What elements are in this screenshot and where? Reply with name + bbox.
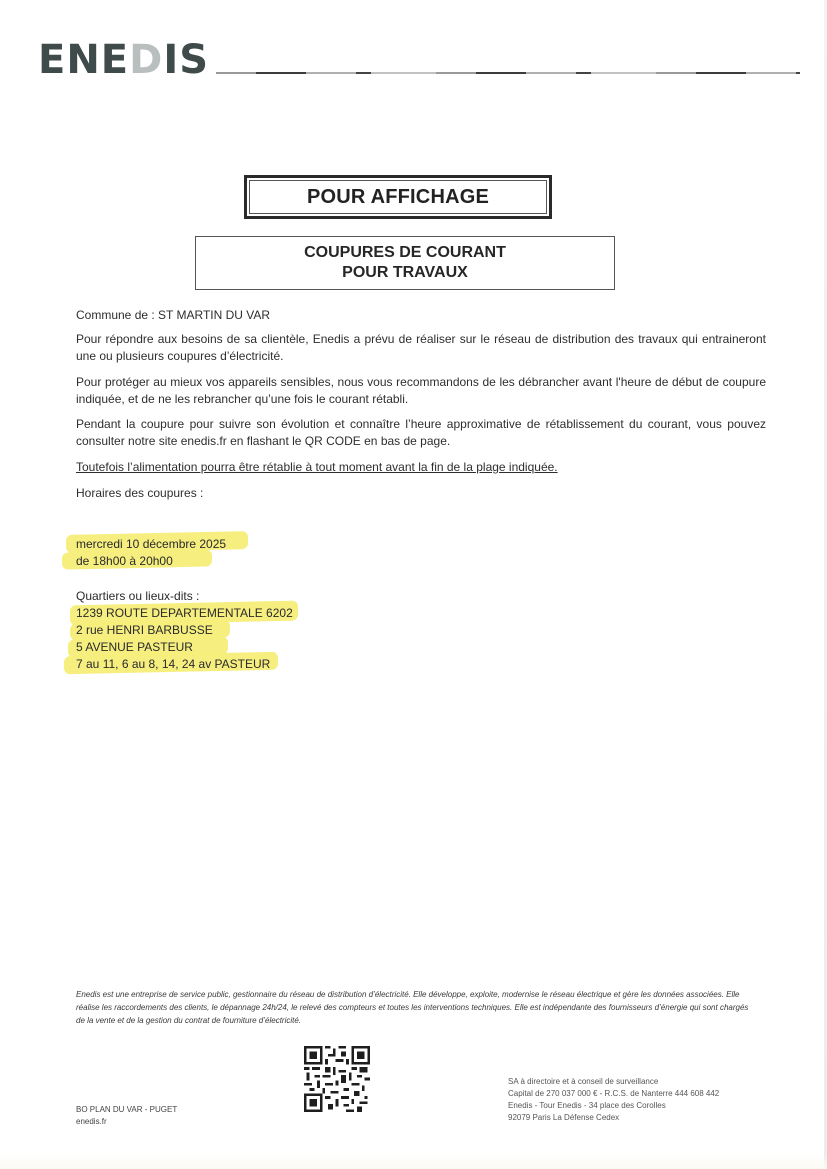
- company-city: 92079 Paris La Défense Cedex: [508, 1112, 719, 1124]
- notice-underlined: Toutefois l’alimentation pourra être rét…: [76, 460, 558, 474]
- schedule-time: de 18h00 à 20h00: [76, 553, 293, 570]
- title-box: POUR AFFICHAGE: [244, 175, 552, 219]
- footer-left: BO PLAN DU VAR - PUGET enedis.fr: [76, 1104, 177, 1128]
- footer-website: enedis.fr: [76, 1116, 177, 1128]
- scan-bottom-tint: [0, 1155, 827, 1169]
- schedule-date: mercredi 10 décembre 2025: [76, 536, 293, 553]
- footer-office: BO PLAN DU VAR - PUGET: [76, 1104, 177, 1116]
- logo-text-part2: IS: [163, 40, 209, 80]
- company-capital: Capital de 270 037 000 € - R.C.S. de Nan…: [508, 1088, 719, 1100]
- location-item: 7 au 11, 6 au 8, 14, 24 av PASTEUR: [76, 656, 293, 673]
- footer-note: Enedis est une entreprise de service pub…: [76, 988, 752, 1027]
- enedis-logo: ENEDIS: [38, 40, 209, 80]
- schedule-label: Horaires des coupures :: [76, 485, 766, 502]
- location-item: 5 AVENUE PASTEUR: [76, 639, 293, 656]
- qr-code-icon[interactable]: [304, 1046, 370, 1112]
- company-address: Enedis - Tour Enedis - 34 place des Coro…: [508, 1100, 719, 1112]
- logo-text-part1: ENE: [38, 40, 129, 80]
- notice-text: Toutefois l’alimentation pourra être rét…: [76, 459, 766, 476]
- paragraph-2: Pour protéger au mieux vos appareils sen…: [76, 374, 766, 408]
- location-item: 1239 ROUTE DEPARTEMENTALE 6202: [76, 605, 293, 622]
- locations-label: Quartiers ou lieux-dits :: [76, 588, 293, 605]
- header-divider: [216, 72, 800, 74]
- paragraph-1: Pour répondre aux besoins de sa clientèl…: [76, 331, 766, 365]
- subtitle-box: COUPURES DE COURANT POUR TRAVAUX: [195, 236, 615, 290]
- logo-accent-letter: D: [129, 40, 163, 80]
- subtitle-line1: COUPURES DE COURANT: [304, 243, 506, 263]
- location-item: 2 rue HENRI BARBUSSE: [76, 622, 293, 639]
- paragraph-3: Pendant la coupure pour suivre son évolu…: [76, 416, 766, 450]
- schedule-block: mercredi 10 décembre 2025 de 18h00 à 20h…: [76, 536, 293, 673]
- title-text: POUR AFFICHAGE: [307, 186, 489, 209]
- footer-company-info: SA à directoire et à conseil de surveill…: [508, 1076, 719, 1124]
- commune-line: Commune de : ST MARTIN DU VAR: [76, 307, 766, 324]
- subtitle-line2: POUR TRAVAUX: [342, 263, 468, 283]
- company-type: SA à directoire et à conseil de surveill…: [508, 1076, 719, 1088]
